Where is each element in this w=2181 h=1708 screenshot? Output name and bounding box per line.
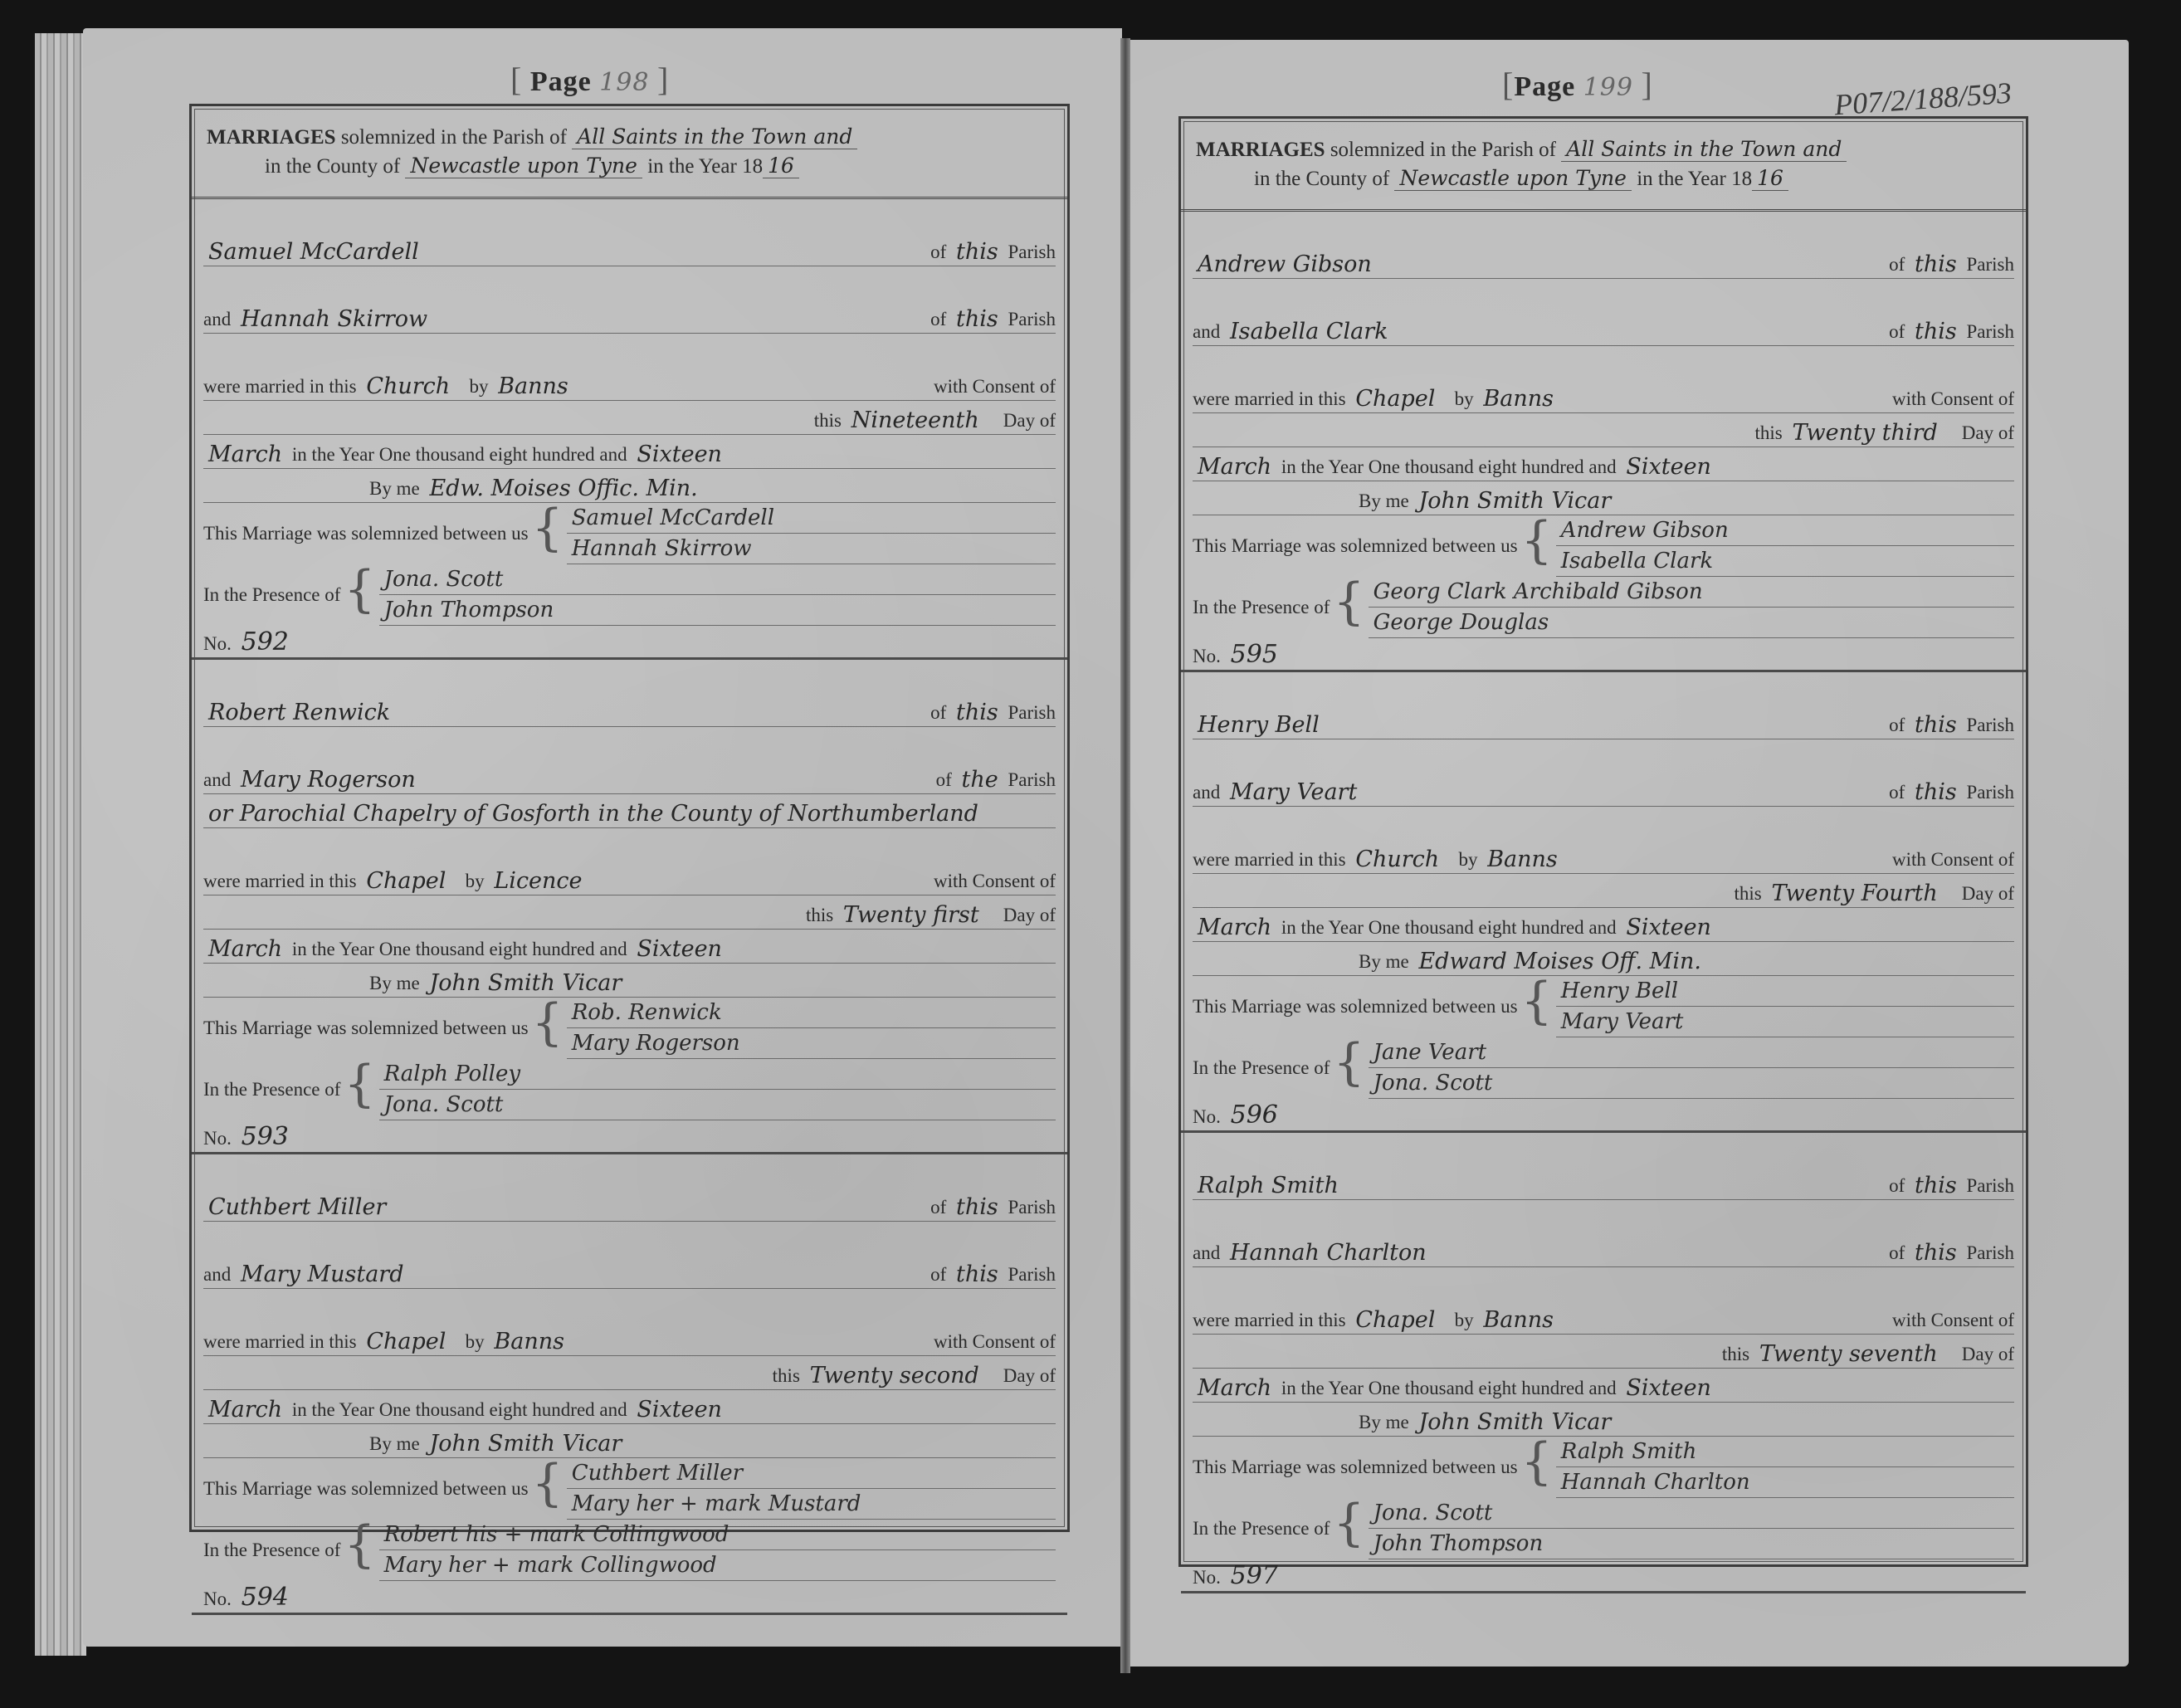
officiant: John Smith Vicar — [424, 1432, 627, 1456]
register-header: MARRIAGES solemnized in the Parish of Al… — [1181, 119, 2026, 212]
heading-title: MARRIAGES — [1196, 139, 1325, 161]
banns-or-licence: Banns — [1482, 848, 1563, 871]
consent-label: with Consent of — [1892, 848, 2014, 871]
county-label: in the County of — [1254, 168, 1389, 190]
solemnized-label: This Marriage was solemnized between us — [1193, 1457, 1518, 1478]
month-year-row: March in the Year One thousand eight hun… — [203, 435, 1056, 469]
bride-name: Mary Veart — [1225, 781, 1362, 804]
solemnized-label: This Marriage was solemnized between us — [203, 1017, 529, 1039]
bride-row: and Isabella Clark of this Parish — [1193, 279, 2014, 346]
day-row: this Nineteenth Day of — [203, 401, 1056, 435]
bride-parish-extra-row: or Parochial Chapelry of Gosforth in the… — [203, 794, 1056, 828]
marriage-entry: Ralph Smith of this Parish and Hannah Ch… — [1181, 1133, 2026, 1593]
this-label: this — [773, 1364, 800, 1388]
presence-label: In the Presence of — [1193, 1518, 1330, 1540]
venue-row: were married in this Chapel by Licence w… — [203, 828, 1056, 895]
parties-signature-block: This Marriage was solemnized between us … — [1193, 976, 2014, 1037]
year-words: Sixteen — [632, 1398, 727, 1422]
bride-parish: this — [951, 1263, 1003, 1286]
presence-label: In the Presence of — [203, 1540, 340, 1561]
by-me-label: By me — [1359, 490, 1409, 513]
married-label: were married in this — [203, 375, 357, 398]
year-words: Sixteen — [632, 443, 727, 466]
county-name: Newcastle upon Tyne — [1394, 166, 1632, 191]
brace-icon: { — [532, 1458, 564, 1520]
day-of-label: Day of — [1962, 882, 2014, 905]
page-label: Page — [1514, 71, 1575, 102]
groom-signature: Andrew Gibson — [1556, 515, 2014, 546]
of-label: of — [1889, 320, 1905, 344]
of-label: of — [1889, 1242, 1905, 1265]
book-page-edges — [35, 33, 86, 1656]
bride-signature: Mary her + mark Mustard — [567, 1489, 1056, 1520]
groom-parish: this — [1910, 253, 1962, 276]
groom-signature: Rob. Renwick — [567, 998, 1056, 1028]
entries-list: Andrew Gibson of this Parish and Isabell… — [1181, 212, 2026, 1593]
venue: Chapel — [361, 1330, 451, 1354]
parish-label: Parish — [1008, 701, 1056, 725]
marriage-day: Twenty third — [1787, 422, 1942, 445]
officiant-row: By me John Smith Vicar — [203, 1424, 1056, 1458]
parish-label: Parish — [1967, 1174, 2015, 1198]
parties-signature-block: This Marriage was solemnized between us … — [203, 998, 1056, 1059]
witness-1-signature: Robert his + mark Collingwood — [379, 1520, 1056, 1550]
brace-icon: { — [1521, 1437, 1553, 1498]
year-phrase: in the Year One thousand eight hundred a… — [1281, 1377, 1617, 1400]
by-me-label: By me — [1359, 1411, 1409, 1434]
groom-row: Henry Bell of this Parish — [1193, 672, 2014, 739]
parish-name: All Saints in the Town and — [572, 124, 857, 149]
brace-icon: { — [1333, 577, 1364, 638]
bride-name: Isabella Clark — [1225, 320, 1393, 344]
right-register-frame: MARRIAGES solemnized in the Parish of Al… — [1178, 116, 2028, 1567]
bride-parish: this — [1910, 320, 1962, 344]
groom-row: Ralph Smith of this Parish — [1193, 1133, 2014, 1200]
marriage-day: Twenty seventh — [1754, 1343, 1943, 1366]
witness-signature-block: In the Presence of { Jane Veart Jona. Sc… — [1193, 1037, 2014, 1099]
entry-number: No. 594 — [203, 1581, 1056, 1613]
number-label: No. — [203, 1588, 232, 1609]
groom-parish: this — [951, 701, 1003, 725]
by-label: by — [466, 1330, 485, 1354]
this-label: this — [806, 904, 833, 927]
marriage-month: March — [1193, 1377, 1276, 1400]
venue: Chapel — [1350, 388, 1440, 411]
groom-parish: this — [1910, 714, 1962, 737]
brace-icon: { — [344, 564, 375, 626]
month-year-row: March in the Year One thousand eight hun… — [1193, 1369, 2014, 1403]
venue: Church — [361, 375, 455, 398]
venue: Chapel — [1350, 1309, 1440, 1332]
bride-signature: Isabella Clark — [1556, 546, 2014, 577]
and-label: and — [1193, 320, 1220, 344]
parish-label: Parish — [1967, 253, 2015, 276]
presence-label: In the Presence of — [203, 584, 340, 606]
banns-or-licence: Licence — [489, 870, 587, 893]
parties-signature-block: This Marriage was solemnized between us … — [1193, 1437, 2014, 1498]
by-me-label: By me — [1359, 950, 1409, 974]
witness-1-signature: Jona. Scott — [1369, 1498, 2014, 1529]
bride-parish: this — [1910, 1242, 1962, 1265]
venue-row: were married in this Church by Banns wit… — [1193, 807, 2014, 874]
married-label: were married in this — [1193, 388, 1346, 411]
brace-icon: { — [1521, 515, 1553, 577]
entry-number-value: 594 — [237, 1583, 294, 1612]
bride-row: and Mary Veart of this Parish — [1193, 739, 2014, 807]
marriage-month: March — [1193, 456, 1276, 479]
of-label: of — [936, 769, 952, 792]
day-row: this Twenty seventh Day of — [1193, 1335, 2014, 1369]
witness-2-signature: Jona. Scott — [379, 1090, 1056, 1120]
heading-text: solemnized in the Parish of — [341, 126, 567, 149]
solemnized-label: This Marriage was solemnized between us — [1193, 535, 1518, 557]
solemnized-label: This Marriage was solemnized between us — [203, 523, 529, 544]
marriage-day: Twenty first — [838, 904, 984, 927]
bride-name: Hannah Charlton — [1225, 1242, 1432, 1265]
of-label: of — [930, 701, 946, 725]
witness-1-signature: Jona. Scott — [379, 564, 1056, 595]
county-label: in the County of — [265, 155, 400, 178]
year-phrase: in the Year One thousand eight hundred a… — [1281, 456, 1617, 479]
and-label: and — [203, 769, 231, 792]
parties-signature-block: This Marriage was solemnized between us … — [1193, 515, 2014, 577]
by-label: by — [1458, 848, 1477, 871]
entry-number: No. 595 — [1193, 638, 2014, 670]
number-label: No. — [203, 633, 232, 654]
marriage-entry: Andrew Gibson of this Parish and Isabell… — [1181, 212, 2026, 672]
parish-name: All Saints in the Town and — [1561, 137, 1847, 162]
page-number-value: 198 — [599, 68, 649, 97]
witness-2-signature: John Thompson — [1369, 1529, 2014, 1559]
number-label: No. — [1193, 1567, 1221, 1588]
groom-name: Ralph Smith — [1193, 1174, 1344, 1198]
day-row: this Twenty first Day of — [203, 895, 1056, 930]
of-label: of — [930, 241, 946, 264]
bride-signature: Mary Rogerson — [567, 1028, 1056, 1059]
bride-parish: this — [951, 308, 1003, 331]
entry-number-value: 593 — [237, 1122, 294, 1151]
witness-signature-block: In the Presence of { Jona. Scott John Th… — [1193, 1498, 2014, 1559]
month-year-row: March in the Year One thousand eight hun… — [203, 930, 1056, 964]
groom-row: Samuel McCardell of this Parish — [203, 199, 1056, 266]
bride-name: Mary Mustard — [236, 1263, 409, 1286]
entries-list: Samuel McCardell of this Parish and Hann… — [192, 199, 1067, 1615]
and-label: and — [203, 308, 231, 331]
by-me-label: By me — [369, 1432, 420, 1456]
day-of-label: Day of — [1962, 422, 2014, 445]
bride-row: and Mary Rogerson of the Parish — [203, 727, 1056, 794]
year-phrase: in the Year One thousand eight hundred a… — [292, 938, 627, 961]
parish-label: Parish — [1008, 1263, 1056, 1286]
marriage-month: March — [203, 443, 287, 466]
married-label: were married in this — [1193, 1309, 1346, 1332]
parish-label: Parish — [1967, 781, 2015, 804]
entry-number: No. 593 — [203, 1120, 1056, 1152]
officiant: John Smith Vicar — [424, 972, 627, 995]
brace-icon: { — [1333, 1037, 1364, 1099]
married-label: were married in this — [203, 1330, 357, 1354]
of-label: of — [930, 1263, 946, 1286]
witness-signature-block: In the Presence of { Ralph Polley Jona. … — [203, 1059, 1056, 1120]
year-words: Sixteen — [1621, 916, 1716, 939]
heading-title: MARRIAGES — [207, 126, 336, 149]
book-gutter — [1120, 38, 1130, 1673]
year-suffix: 16 — [763, 154, 799, 178]
marriage-day: Twenty second — [805, 1364, 984, 1388]
year-words: Sixteen — [632, 938, 727, 961]
brace-icon: { — [344, 1520, 375, 1581]
left-page-number: [ Page 198 ] — [510, 60, 669, 99]
officiant: John Smith Vicar — [1413, 1411, 1616, 1434]
by-me-label: By me — [369, 972, 420, 995]
this-label: this — [814, 409, 842, 432]
venue: Church — [1350, 848, 1444, 871]
and-label: and — [1193, 1242, 1220, 1265]
this-label: this — [1722, 1343, 1749, 1366]
officiant: Edward Moises Off. Min. — [1413, 950, 1705, 974]
consent-label: with Consent of — [934, 375, 1056, 398]
day-of-label: Day of — [1003, 1364, 1056, 1388]
bride-signature: Hannah Charlton — [1556, 1467, 2014, 1498]
married-label: were married in this — [203, 870, 357, 893]
of-label: of — [1889, 714, 1905, 737]
page-number-value: 199 — [1583, 73, 1633, 102]
year-words: Sixteen — [1621, 1377, 1716, 1400]
parish-label: Parish — [1008, 241, 1056, 264]
right-page-number: [Page 199 ] — [1502, 65, 1653, 104]
groom-name: Samuel McCardell — [203, 241, 424, 264]
officiant: Edw. Moises Offic. Min. — [424, 477, 702, 500]
groom-signature: Ralph Smith — [1556, 1437, 2014, 1467]
brace-icon: { — [532, 503, 564, 564]
bride-name: Hannah Skirrow — [236, 308, 432, 331]
entry-number-value: 595 — [1226, 640, 1283, 669]
groom-parish: this — [1910, 1174, 1962, 1198]
register-header: MARRIAGES solemnized in the Parish of Al… — [192, 106, 1067, 199]
of-label: of — [930, 308, 946, 331]
witness-2-signature: George Douglas — [1369, 608, 2014, 638]
bride-parish: the — [957, 769, 1003, 792]
of-label: of — [1889, 1174, 1905, 1198]
by-label: by — [1455, 388, 1474, 411]
witness-1-signature: Georg Clark Archibald Gibson — [1369, 577, 2014, 608]
solemnized-label: This Marriage was solemnized between us — [203, 1478, 529, 1500]
by-label: by — [466, 870, 485, 893]
left-register-frame: MARRIAGES solemnized in the Parish of Al… — [189, 104, 1070, 1532]
venue-row: were married in this Chapel by Banns wit… — [1193, 1267, 2014, 1335]
witness-2-signature: Mary her + mark Collingwood — [379, 1550, 1056, 1581]
month-year-row: March in the Year One thousand eight hun… — [1193, 447, 2014, 481]
brace-icon: { — [532, 998, 564, 1059]
year-suffix: 16 — [1752, 166, 1788, 191]
groom-row: Andrew Gibson of this Parish — [1193, 212, 2014, 279]
marriage-day: Twenty Fourth — [1767, 882, 1943, 905]
consent-label: with Consent of — [934, 1330, 1056, 1354]
groom-signature: Samuel McCardell — [567, 503, 1056, 534]
witness-signature-block: In the Presence of { Robert his + mark C… — [203, 1520, 1056, 1581]
witness-1-signature: Jane Veart — [1369, 1037, 2014, 1068]
banns-or-licence: Banns — [1478, 1309, 1559, 1332]
year-label: in the Year 18 — [1637, 168, 1752, 190]
entry-number-value: 596 — [1226, 1100, 1283, 1130]
bride-row: and Hannah Skirrow of this Parish — [203, 266, 1056, 334]
and-label: and — [203, 1263, 231, 1286]
day-of-label: Day of — [1003, 904, 1056, 927]
parish-label: Parish — [1967, 714, 2015, 737]
this-label: this — [1735, 882, 1762, 905]
banns-or-licence: Banns — [489, 1330, 569, 1354]
marriage-month: March — [203, 938, 287, 961]
witness-signature-block: In the Presence of { Jona. Scott John Th… — [203, 564, 1056, 626]
groom-parish: this — [951, 241, 1003, 264]
officiant-row: By me Edward Moises Off. Min. — [1193, 942, 2014, 976]
month-year-row: March in the Year One thousand eight hun… — [1193, 908, 2014, 942]
entry-number-value: 597 — [1226, 1561, 1283, 1590]
presence-label: In the Presence of — [203, 1079, 340, 1100]
venue-row: were married in this Church by Banns wit… — [203, 334, 1056, 401]
parties-signature-block: This Marriage was solemnized between us … — [203, 503, 1056, 564]
witness-2-signature: Jona. Scott — [1369, 1068, 2014, 1099]
year-phrase: in the Year One thousand eight hundred a… — [292, 1398, 627, 1422]
month-year-row: March in the Year One thousand eight hun… — [203, 1390, 1056, 1424]
witness-1-signature: Ralph Polley — [379, 1059, 1056, 1090]
of-label: of — [1889, 781, 1905, 804]
year-phrase: in the Year One thousand eight hundred a… — [292, 443, 627, 466]
marriage-month: March — [1193, 916, 1276, 939]
banns-or-licence: Banns — [1478, 388, 1559, 411]
day-of-label: Day of — [1962, 1343, 2014, 1366]
groom-name: Cuthbert Miller — [203, 1196, 391, 1219]
entry-number: No. 596 — [1193, 1099, 2014, 1130]
groom-signature: Henry Bell — [1556, 976, 2014, 1007]
marriage-entry: Cuthbert Miller of this Parish and Mary … — [192, 1154, 1067, 1615]
bride-parish: this — [1910, 781, 1962, 804]
groom-row: Cuthbert Miller of this Parish — [203, 1154, 1056, 1222]
officiant-row: By me John Smith Vicar — [1193, 481, 2014, 515]
groom-row: Robert Renwick of this Parish — [203, 660, 1056, 727]
this-label: this — [1755, 422, 1783, 445]
bride-signature: Hannah Skirrow — [567, 534, 1056, 564]
venue: Chapel — [361, 870, 451, 893]
parish-label: Parish — [1967, 320, 2015, 344]
consent-label: with Consent of — [1892, 1309, 2014, 1332]
witness-signature-block: In the Presence of { Georg Clark Archiba… — [1193, 577, 2014, 638]
consent-label: with Consent of — [934, 870, 1056, 893]
consent-label: with Consent of — [1892, 388, 2014, 411]
marriage-day: Nineteenth — [847, 409, 984, 432]
bride-signature: Mary Veart — [1556, 1007, 2014, 1037]
banns-or-licence: Banns — [493, 375, 573, 398]
by-label: by — [469, 375, 488, 398]
year-phrase: in the Year One thousand eight hundred a… — [1281, 916, 1617, 939]
venue-row: were married in this Chapel by Banns wit… — [203, 1289, 1056, 1356]
officiant: John Smith Vicar — [1413, 490, 1616, 513]
officiant-row: By me Edw. Moises Offic. Min. — [203, 469, 1056, 503]
presence-label: In the Presence of — [1193, 597, 1330, 618]
day-row: this Twenty Fourth Day of — [1193, 874, 2014, 908]
entry-number: No. 597 — [1193, 1559, 2014, 1591]
day-row: this Twenty third Day of — [1193, 413, 2014, 447]
county-name: Newcastle upon Tyne — [405, 154, 642, 178]
married-label: were married in this — [1193, 848, 1346, 871]
number-label: No. — [1193, 646, 1221, 666]
marriage-entry: Samuel McCardell of this Parish and Hann… — [192, 199, 1067, 660]
bride-row: and Mary Mustard of this Parish — [203, 1222, 1056, 1289]
bride-row: and Hannah Charlton of this Parish — [1193, 1200, 2014, 1267]
officiant-row: By me John Smith Vicar — [1193, 1403, 2014, 1437]
page-label: Page — [530, 66, 592, 97]
number-label: No. — [203, 1128, 232, 1149]
brace-icon: { — [344, 1059, 375, 1120]
venue-row: were married in this Chapel by Banns wit… — [1193, 346, 2014, 413]
marriage-month: March — [203, 1398, 287, 1422]
day-row: this Twenty second Day of — [203, 1356, 1056, 1390]
marriage-entry: Henry Bell of this Parish and Mary Veart… — [1181, 672, 2026, 1133]
groom-name: Henry Bell — [1193, 714, 1325, 737]
entry-number-value: 592 — [237, 627, 294, 656]
of-label: of — [1889, 253, 1905, 276]
of-label: of — [930, 1196, 946, 1219]
groom-signature: Cuthbert Miller — [567, 1458, 1056, 1489]
year-words: Sixteen — [1621, 456, 1716, 479]
officiant-row: By me John Smith Vicar — [203, 964, 1056, 998]
witness-2-signature: John Thompson — [379, 595, 1056, 626]
groom-name: Robert Renwick — [203, 701, 395, 725]
groom-name: Andrew Gibson — [1193, 253, 1377, 276]
number-label: No. — [1193, 1106, 1221, 1127]
year-label: in the Year 18 — [647, 155, 763, 178]
presence-label: In the Presence of — [1193, 1057, 1330, 1079]
parish-label: Parish — [1008, 308, 1056, 331]
parish-label: Parish — [1008, 1196, 1056, 1219]
bride-parish-extra: or Parochial Chapelry of Gosforth in the… — [203, 803, 983, 826]
day-of-label: Day of — [1003, 409, 1056, 432]
marriage-entry: Robert Renwick of this Parish and Mary R… — [192, 660, 1067, 1154]
solemnized-label: This Marriage was solemnized between us — [1193, 996, 1518, 1017]
parties-signature-block: This Marriage was solemnized between us … — [203, 1458, 1056, 1520]
groom-parish: this — [951, 1196, 1003, 1219]
by-me-label: By me — [369, 477, 420, 500]
brace-icon: { — [1333, 1498, 1364, 1559]
parish-label: Parish — [1967, 1242, 2015, 1265]
bride-name: Mary Rogerson — [236, 769, 421, 792]
and-label: and — [1193, 781, 1220, 804]
by-label: by — [1455, 1309, 1474, 1332]
parish-label: Parish — [1008, 769, 1056, 792]
brace-icon: { — [1521, 976, 1553, 1037]
entry-number: No. 592 — [203, 626, 1056, 657]
heading-text: solemnized in the Parish of — [1330, 139, 1556, 161]
